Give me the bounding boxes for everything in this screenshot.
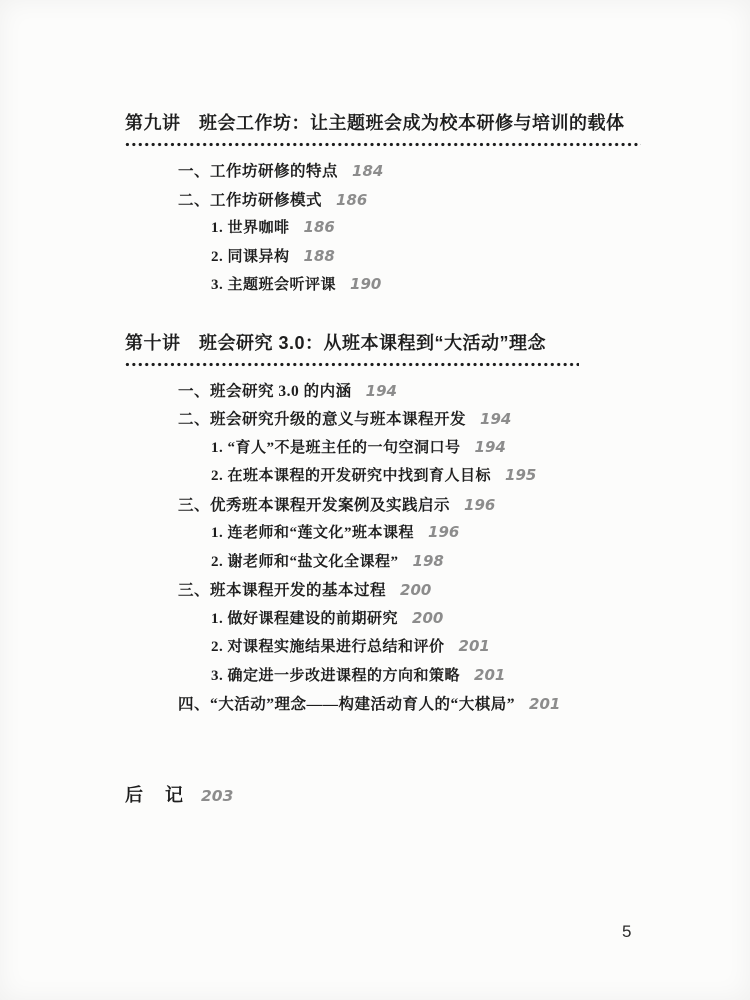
toc-entry-label: 1. “育人”不是班主任的一句空洞口号 bbox=[211, 436, 461, 457]
toc-entry-page-number: 196 bbox=[464, 496, 495, 514]
toc-entry-label: 3. 确定进一步改进课程的方向和策略 bbox=[211, 664, 460, 685]
backmatter-label: 后 记 bbox=[125, 781, 185, 807]
toc-entry-page-number: 194 bbox=[475, 438, 506, 456]
toc-entry: 3. 主题班会听评课190 bbox=[125, 273, 645, 302]
toc-section-9: 第九讲 班会工作坊：让主题班会成为校本研修与培训的载体 一、工作坊研修的特点18… bbox=[125, 110, 645, 302]
toc-entry: 2. 同课异构188 bbox=[125, 245, 645, 274]
toc-entry-page-number: 194 bbox=[366, 382, 397, 400]
backmatter-entry: 后 记 203 bbox=[125, 781, 645, 807]
toc-entry: 四、“大活动”理念——构建活动育人的“大棋局”201 bbox=[125, 692, 645, 721]
toc-entry-label: 2. 同课异构 bbox=[211, 245, 290, 266]
toc-entry: 2. 谢老师和“盐文化全课程”198 bbox=[125, 550, 645, 579]
toc-entry: 一、工作坊研修的特点184 bbox=[125, 159, 645, 188]
toc-entry-page-number: 186 bbox=[304, 218, 335, 236]
toc-entry: 3. 确定进一步改进课程的方向和策略201 bbox=[125, 664, 645, 693]
dotted-rule bbox=[125, 362, 579, 367]
toc-entry-page-number: 200 bbox=[400, 581, 431, 599]
toc-entry-label: 2. 对课程实施结果进行总结和评价 bbox=[211, 635, 445, 656]
section-title: 第九讲 班会工作坊：让主题班会成为校本研修与培训的载体 bbox=[125, 110, 645, 136]
toc-entry: 2. 对课程实施结果进行总结和评价201 bbox=[125, 635, 645, 664]
toc-entry-label: 1. 做好课程建设的前期研究 bbox=[211, 607, 398, 628]
toc-entry-page-number: 201 bbox=[459, 637, 490, 655]
toc-entry: 1. 连老师和“莲文化”班本课程196 bbox=[125, 521, 645, 550]
toc-entry-label: 二、班会研究升级的意义与班本课程开发 bbox=[178, 407, 466, 429]
toc-entry-label: 3. 主题班会听评课 bbox=[211, 273, 336, 294]
toc-entry-page-number: 186 bbox=[336, 191, 367, 209]
toc-entry-label: 三、优秀班本课程开发案例及实践启示 bbox=[178, 493, 450, 515]
toc-list: 一、工作坊研修的特点184二、工作坊研修模式1861. 世界咖啡1862. 同课… bbox=[125, 159, 645, 302]
toc-entry-label: 一、工作坊研修的特点 bbox=[178, 159, 338, 181]
toc-entry-label: 2. 谢老师和“盐文化全课程” bbox=[211, 550, 399, 571]
toc-entry-page-number: 201 bbox=[529, 695, 560, 713]
toc-entry: 二、班会研究升级的意义与班本课程开发194 bbox=[125, 407, 645, 436]
toc-entry: 2. 在班本课程的开发研究中找到育人目标195 bbox=[125, 464, 645, 493]
toc-entry-page-number: 184 bbox=[352, 162, 383, 180]
toc-entry: 三、优秀班本课程开发案例及实践启示196 bbox=[125, 493, 645, 522]
toc-entry: 三、班本课程开发的基本过程200 bbox=[125, 578, 645, 607]
dotted-rule bbox=[125, 142, 641, 147]
toc-entry-page-number: 190 bbox=[350, 275, 381, 293]
toc-entry-page-number: 188 bbox=[304, 247, 335, 265]
backmatter-page-number: 203 bbox=[201, 787, 233, 805]
folio-page-number: 5 bbox=[622, 922, 631, 942]
toc-content: 第九讲 班会工作坊：让主题班会成为校本研修与培训的载体 一、工作坊研修的特点18… bbox=[125, 110, 645, 807]
toc-entry-label: 1. 世界咖啡 bbox=[211, 216, 290, 237]
toc-list: 一、班会研究 3.0 的内涵194二、班会研究升级的意义与班本课程开发1941.… bbox=[125, 379, 645, 721]
book-toc-page: 第九讲 班会工作坊：让主题班会成为校本研修与培训的载体 一、工作坊研修的特点18… bbox=[0, 0, 750, 1000]
section-title: 第十讲 班会研究 3.0：从班本课程到“大活动”理念 bbox=[125, 330, 645, 356]
toc-entry-label: 二、工作坊研修模式 bbox=[178, 188, 322, 210]
toc-entry-page-number: 200 bbox=[412, 609, 443, 627]
toc-entry-label: 1. 连老师和“莲文化”班本课程 bbox=[211, 521, 414, 542]
toc-entry-label: 2. 在班本课程的开发研究中找到育人目标 bbox=[211, 464, 491, 485]
toc-entry-label: 四、“大活动”理念——构建活动育人的“大棋局” bbox=[178, 692, 515, 714]
toc-entry: 1. “育人”不是班主任的一句空洞口号194 bbox=[125, 436, 645, 465]
toc-section-10: 第十讲 班会研究 3.0：从班本课程到“大活动”理念 一、班会研究 3.0 的内… bbox=[125, 330, 645, 721]
toc-entry: 二、工作坊研修模式186 bbox=[125, 188, 645, 217]
toc-entry-label: 三、班本课程开发的基本过程 bbox=[178, 578, 386, 600]
toc-entry-page-number: 201 bbox=[474, 666, 505, 684]
toc-entry-page-number: 198 bbox=[413, 552, 444, 570]
toc-entry-page-number: 196 bbox=[428, 523, 459, 541]
toc-entry-page-number: 195 bbox=[505, 466, 536, 484]
toc-entry: 1. 做好课程建设的前期研究200 bbox=[125, 607, 645, 636]
toc-entry-page-number: 194 bbox=[480, 410, 511, 428]
toc-entry-label: 一、班会研究 3.0 的内涵 bbox=[178, 379, 352, 401]
toc-entry: 一、班会研究 3.0 的内涵194 bbox=[125, 379, 645, 408]
toc-entry: 1. 世界咖啡186 bbox=[125, 216, 645, 245]
